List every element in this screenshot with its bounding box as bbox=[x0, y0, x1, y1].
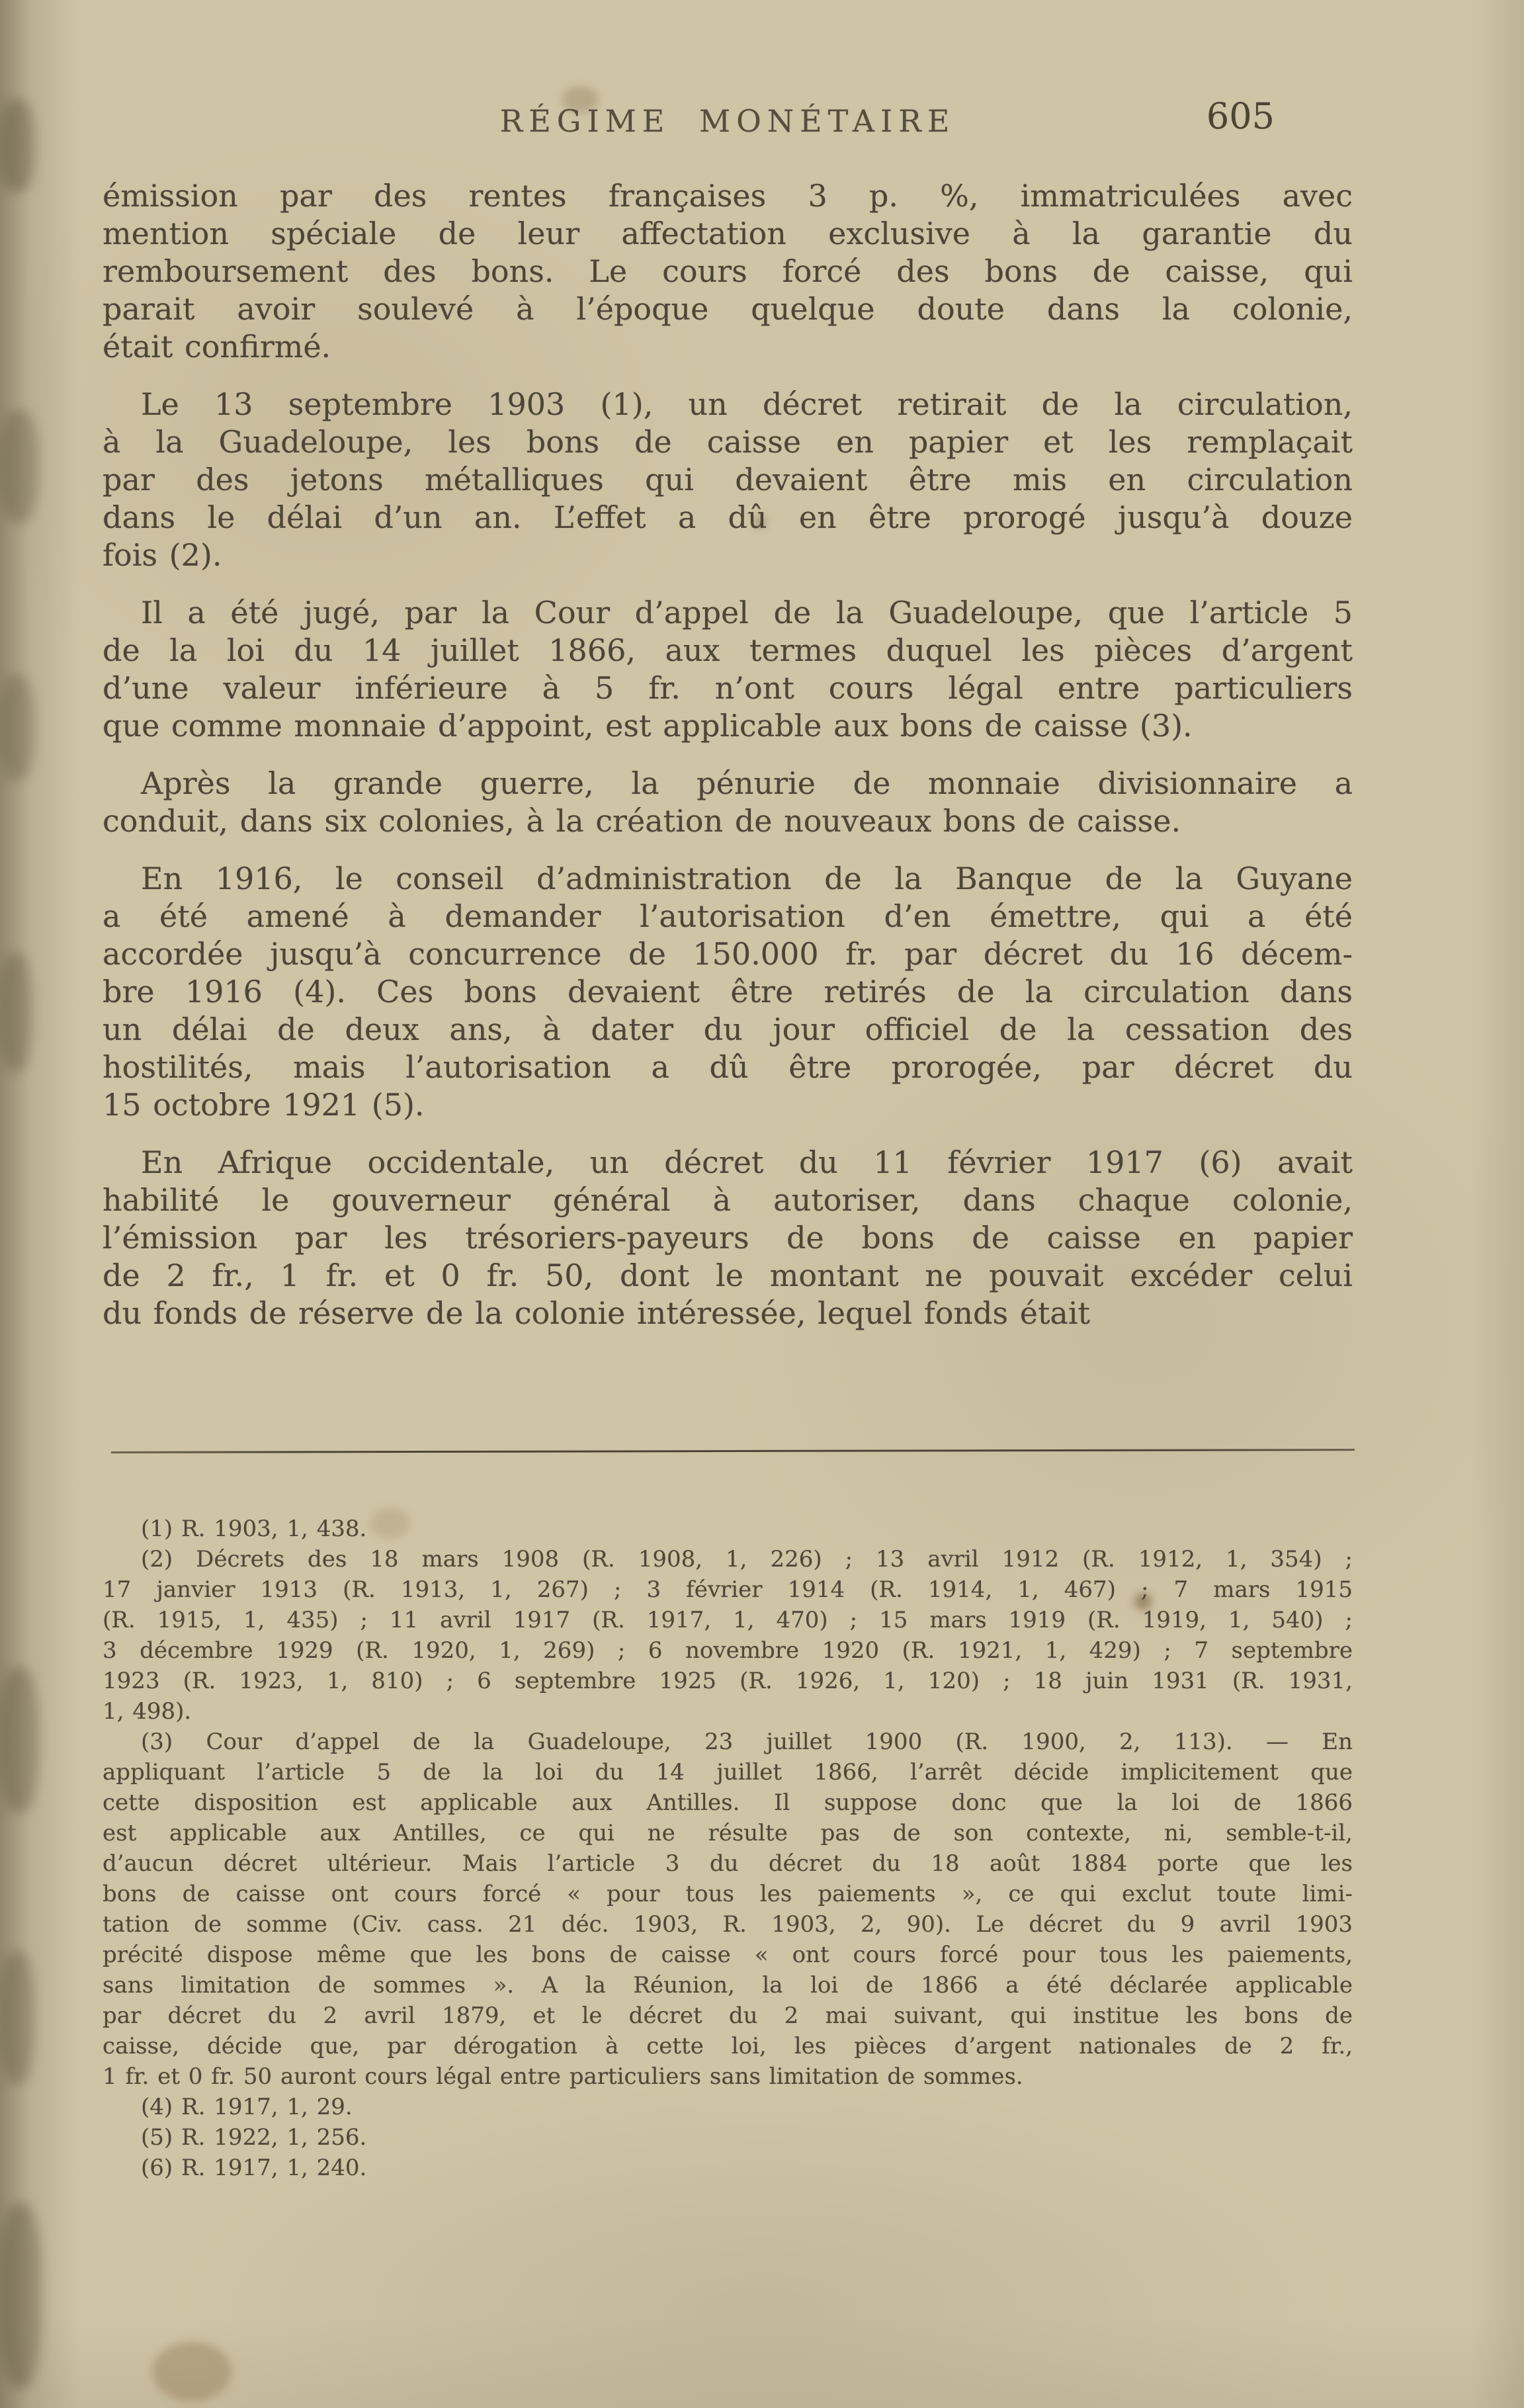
scan-streak bbox=[0, 2203, 41, 2388]
page-header: RÉGIME MONÉTAIRE 605 bbox=[103, 98, 1353, 151]
scan-streak bbox=[0, 1667, 38, 1813]
scan-streak bbox=[0, 99, 34, 192]
scan-streak bbox=[0, 953, 32, 1072]
footnotes: (1) R. 1903, 1, 438. (2) Décrets des 18 … bbox=[103, 1514, 1353, 2183]
paragraph: En 1916, le conseil d’administration de … bbox=[103, 860, 1353, 1124]
footnote: (6) R. 1917, 1, 240. bbox=[103, 2153, 1353, 2183]
paper-stain bbox=[152, 2342, 232, 2401]
paragraph: Il a été jugé, par la Cour d’appel de la… bbox=[103, 594, 1353, 745]
paragraph: émission par des rentes françaises 3 p. … bbox=[103, 177, 1353, 366]
body-text: émission par des rentes françaises 3 p. … bbox=[103, 177, 1353, 1352]
footnote: (4) R. 1917, 1, 29. bbox=[103, 2092, 1353, 2122]
footnote: (3) Cour d’appel de la Guadeloupe, 23 ju… bbox=[103, 1727, 1353, 2092]
scan-streak bbox=[0, 410, 38, 523]
scan-streak bbox=[0, 1952, 34, 2084]
footnote: (1) R. 1903, 1, 438. bbox=[103, 1514, 1353, 1544]
footnote: (2) Décrets des 18 mars 1908 (R. 1908, 1… bbox=[103, 1544, 1353, 1727]
scan-streak bbox=[0, 675, 34, 781]
running-title: RÉGIME MONÉTAIRE bbox=[103, 103, 1353, 139]
book-page: RÉGIME MONÉTAIRE 605 émission par des re… bbox=[0, 0, 1524, 2408]
paragraph: Après la grande guerre, la pénurie de mo… bbox=[103, 765, 1353, 840]
paragraph: En Afrique occidentale, un décret du 11 … bbox=[103, 1144, 1353, 1332]
paragraph: Le 13 septembre 1903 (1), un décret reti… bbox=[103, 386, 1353, 574]
footnote: (5) R. 1922, 1, 256. bbox=[103, 2122, 1353, 2153]
page-number: 605 bbox=[1206, 95, 1275, 137]
footnote-separator bbox=[111, 1449, 1355, 1453]
